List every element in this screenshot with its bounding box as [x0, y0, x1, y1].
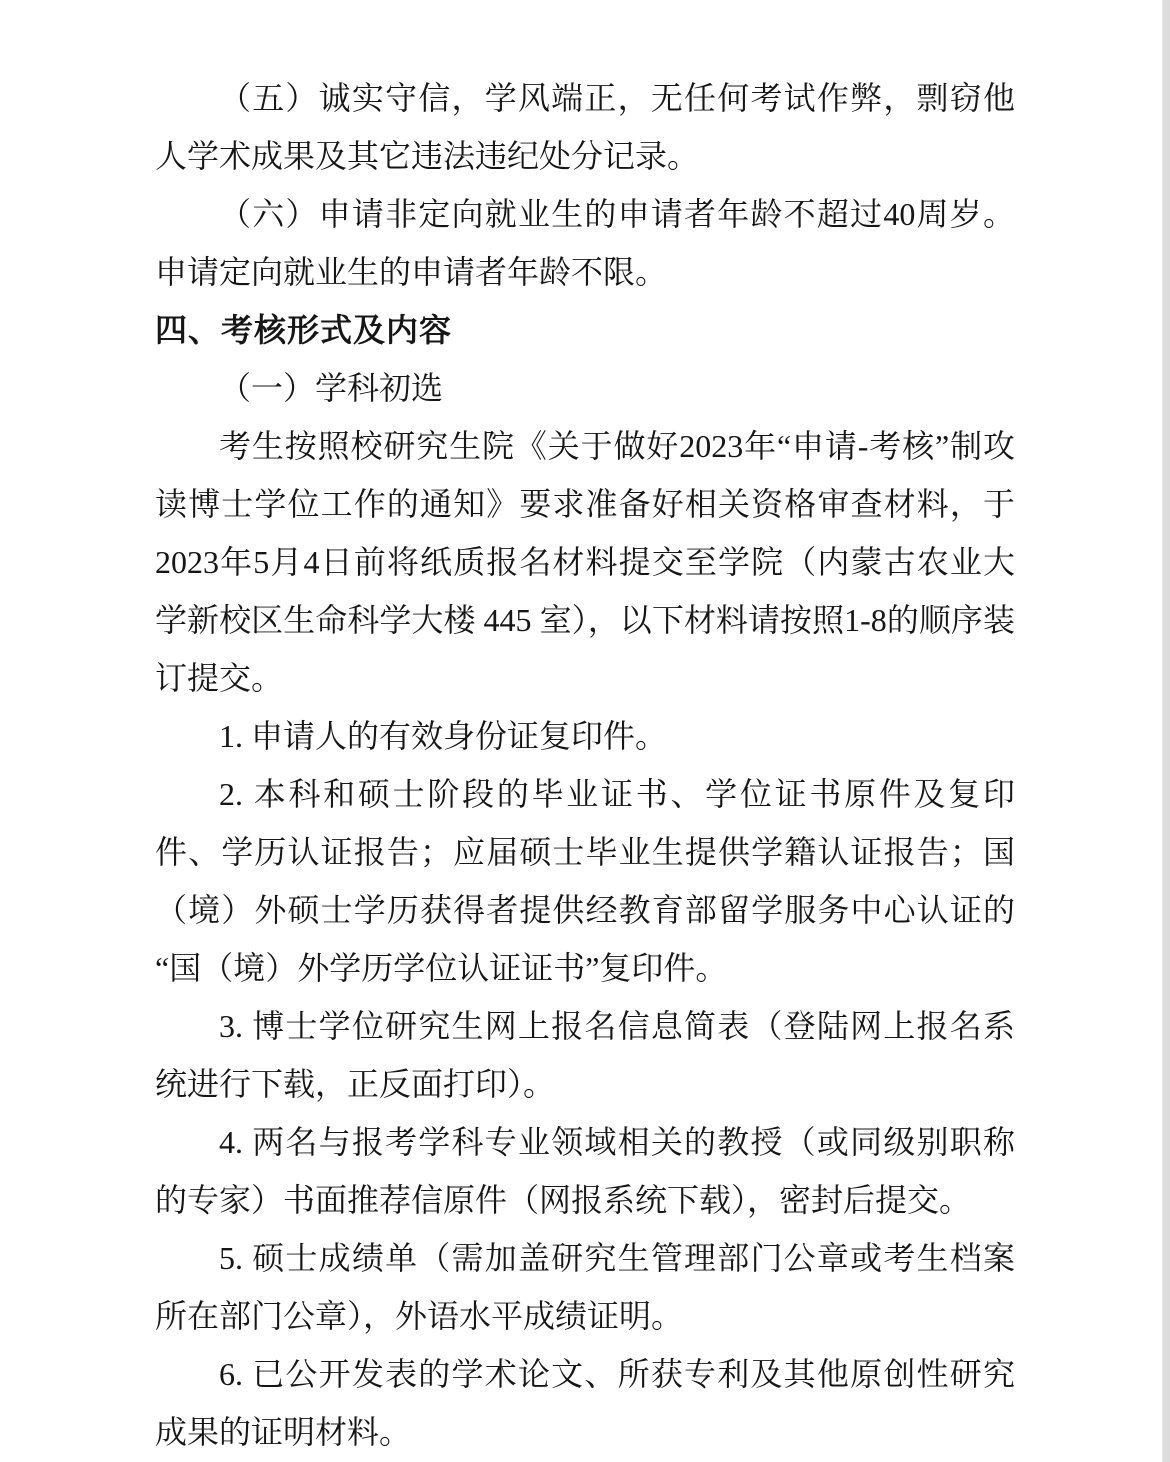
heading-section-4: 四、考核形式及内容 — [155, 301, 1015, 359]
para-condition-6: （六）申请非定向就业生的申请者年龄不超过40周岁。申请定向就业生的申请者年龄不限… — [155, 185, 1015, 301]
para-material-2: 2. 本科和硕士阶段的毕业证书、学位证书原件及复印件、学历认证报告；应届硕士毕业… — [155, 765, 1015, 997]
para-material-4: 4. 两名与报考学科专业领域相关的教授（或同级别职称的专家）书面推荐信原件（网报… — [155, 1113, 1015, 1229]
scan-edge-right — [1162, 0, 1170, 1462]
para-condition-5: （五）诚实守信，学风端正，无任何考试作弊，剽窃他人学术成果及其它违法违纪处分记录… — [155, 69, 1015, 185]
para-material-3: 3. 博士学位研究生网上报名信息简表（登陆网上报名系统进行下载，正反面打印）。 — [155, 997, 1015, 1113]
para-material-1: 1. 申请人的有效身份证复印件。 — [155, 707, 1015, 765]
para-material-5: 5. 硕士成绩单（需加盖研究生管理部门公章或考生档案所在部门公章），外语水平成绩… — [155, 1229, 1015, 1345]
subheading-subject-preselection: （一）学科初选 — [155, 359, 1015, 417]
document-body: （五）诚实守信，学风端正，无任何考试作弊，剽窃他人学术成果及其它违法违纪处分记录… — [155, 69, 1015, 1461]
para-submission-intro: 考生按照校研究生院《关于做好2023年“申请-考核”制攻读博士学位工作的通知》要… — [155, 417, 1015, 707]
para-material-6: 6. 已公开发表的学术论文、所获专利及其他原创性研究成果的证明材料。 — [155, 1345, 1015, 1461]
document-page: （五）诚实守信，学风端正，无任何考试作弊，剽窃他人学术成果及其它违法违纪处分记录… — [0, 0, 1170, 1462]
